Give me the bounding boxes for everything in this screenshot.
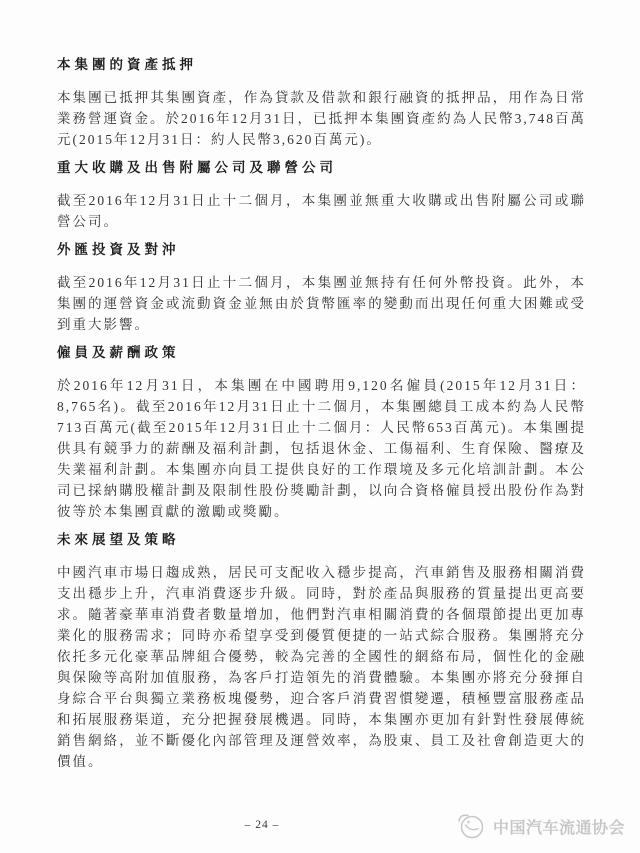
watermark: 中国汽车流通协会 <box>455 811 625 841</box>
section-employees-remuneration: 僱員及薪酬政策 於2016年12月31日，本集團在中國聘用9,120名僱員(20… <box>57 345 586 522</box>
section-fx-investment-hedging: 外匯投資及對沖 截至2016年12月31日止十二個月，本集團並無持有任何外幣投資… <box>57 242 586 335</box>
section-heading: 僱員及薪酬政策 <box>57 345 586 361</box>
section-paragraph: 中國汽車市場日趨成熟，居民可支配收入穩步提高，汽車銷售及服務相關消費支出穩步上升… <box>57 562 586 772</box>
section-paragraph: 截至2016年12月31日止十二個月，本集團並無持有任何外幣投資。此外，本集團的… <box>57 272 586 335</box>
page-number: – 24 – <box>222 819 302 831</box>
watermark-text: 中国汽车流通协会 <box>493 815 625 838</box>
section-heading: 外匯投資及對沖 <box>57 242 586 258</box>
section-acquisitions-disposals: 重大收購及出售附屬公司及聯營公司 截至2016年12月31日止十二個月，本集團並… <box>57 160 586 232</box>
document-page: 本集團的資產抵押 本集團已抵押其集團資產，作為貸款及借款和銀行融資的抵押品，用作… <box>0 0 640 853</box>
page-content: 本集團的資產抵押 本集團已抵押其集團資產，作為貸款及借款和銀行融資的抵押品，用作… <box>57 57 586 772</box>
section-paragraph: 截至2016年12月31日止十二個月，本集團並無重大收購或出售附屬公司或聯營公司… <box>57 190 586 232</box>
section-heading: 未來展望及策略 <box>57 532 586 548</box>
section-paragraph: 於2016年12月31日，本集團在中國聘用9,120名僱員(2015年12月31… <box>57 375 586 522</box>
cada-logo-icon <box>455 811 487 841</box>
section-asset-pledge: 本集團的資產抵押 本集團已抵押其集團資產，作為貸款及借款和銀行融資的抵押品，用作… <box>57 57 586 150</box>
section-heading: 重大收購及出售附屬公司及聯營公司 <box>57 160 586 176</box>
section-paragraph: 本集團已抵押其集團資產，作為貸款及借款和銀行融資的抵押品，用作為日常業務營運資金… <box>57 87 586 150</box>
section-heading: 本集團的資產抵押 <box>57 57 586 73</box>
section-outlook-strategy: 未來展望及策略 中國汽車市場日趨成熟，居民可支配收入穩步提高，汽車銷售及服務相關… <box>57 532 586 772</box>
